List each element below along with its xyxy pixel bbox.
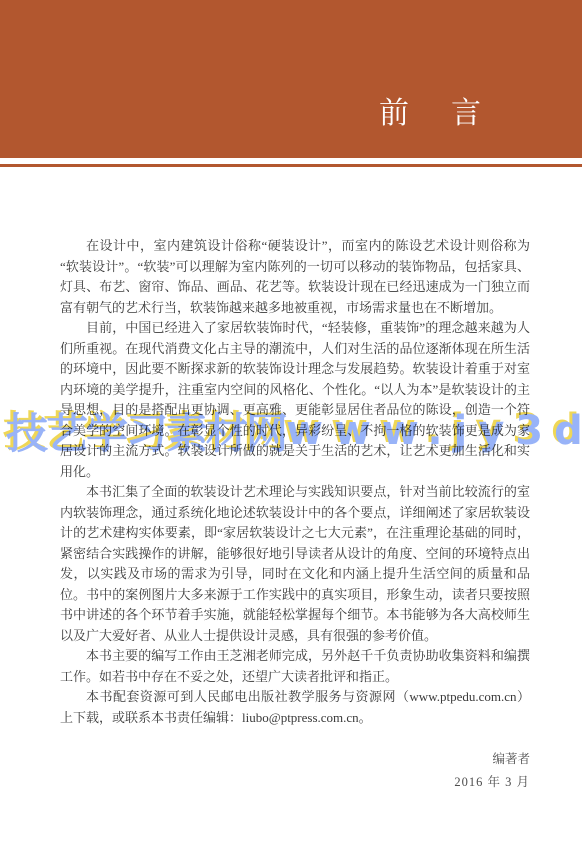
preface-paragraph-1: 在设计中，室内建筑设计俗称“硬装设计”，而室内的陈设艺术设计则俗称为“软装设计”… bbox=[60, 236, 530, 318]
signature-date: 2016 年 3 月 bbox=[60, 771, 530, 794]
preface-paragraph-5: 本书配套资源可到人民邮电出版社教学服务与资源网（www.ptpedu.com.c… bbox=[60, 687, 530, 728]
preface-paragraph-2: 目前，中国已经进入了家居软装饰时代，“轻装修，重装饰”的理念越来越为人们所重视。… bbox=[60, 318, 530, 482]
preface-body: 在设计中，室内建筑设计俗称“硬装设计”，而室内的陈设艺术设计则俗称为“软装设计”… bbox=[0, 167, 582, 794]
signature-author: 编著者 bbox=[60, 748, 530, 771]
preface-paragraph-3: 本书汇集了全面的软装设计艺术理论与实践知识要点，针对当前比较流行的室内软装饰理念… bbox=[60, 482, 530, 646]
page-title: 前 言 bbox=[379, 97, 487, 131]
header-band: 前 言 bbox=[0, 0, 582, 158]
preface-paragraph-4: 本书主要的编写工作由王芝湘老师完成，另外赵千千负责协助收集资料和编撰工作。如若书… bbox=[60, 646, 530, 687]
preface-page: 前 言 在设计中，室内建筑设计俗称“硬装设计”，而室内的陈设艺术设计则俗称为“软… bbox=[0, 0, 582, 849]
signature-block: 编著者 2016 年 3 月 bbox=[60, 748, 530, 794]
